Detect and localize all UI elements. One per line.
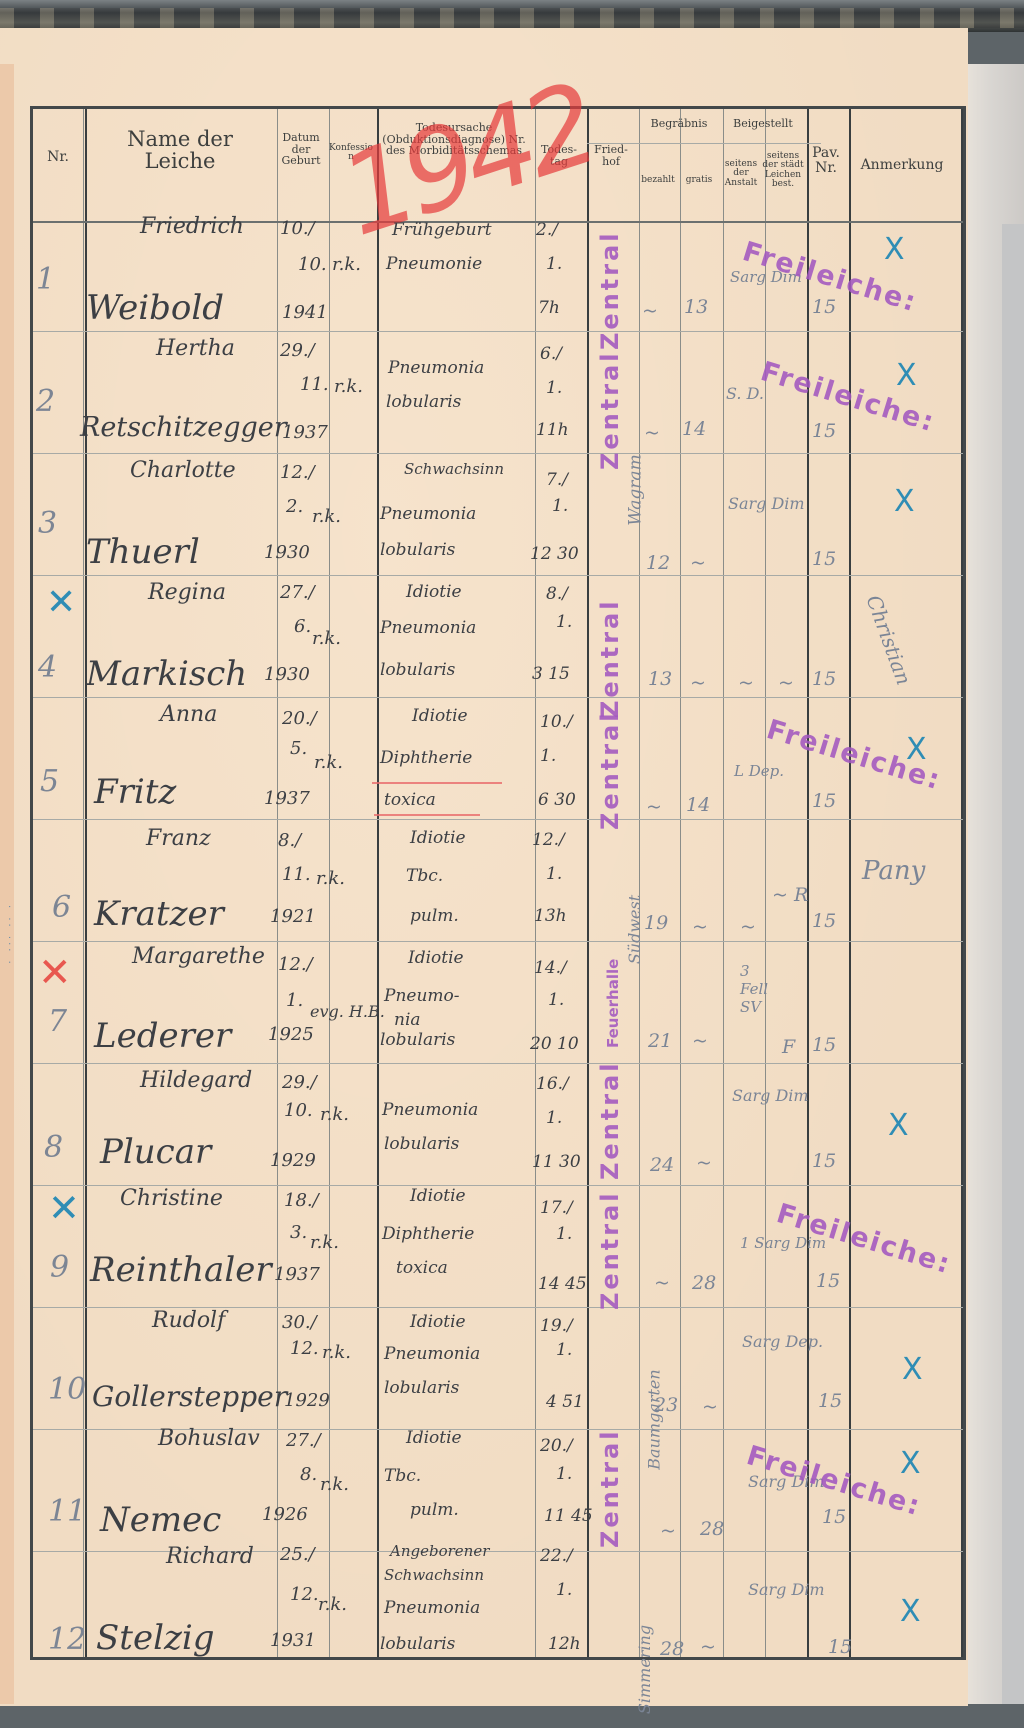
col-rule <box>723 109 724 1657</box>
death-day: 19./ <box>540 1316 573 1336</box>
birth-day: 18./ <box>284 1190 319 1211</box>
birth-year: 1926 <box>262 1504 308 1525</box>
cause-line: Pneumonia <box>380 504 476 524</box>
header-burial: Begräbnis <box>638 118 720 130</box>
birth-month: 6. <box>294 616 311 637</box>
margin-x-mark-red: ✕ <box>38 950 72 996</box>
death-time: 12 30 <box>530 544 579 564</box>
birth-day: 29./ <box>280 340 315 361</box>
col-rule <box>587 109 589 1657</box>
surname: Markisch <box>86 654 247 694</box>
konfession: r.k. <box>320 1474 349 1495</box>
death-time: 11h <box>536 420 569 440</box>
col-rule <box>680 109 681 1657</box>
death-month: 1. <box>546 378 562 398</box>
birth-year: 1929 <box>284 1390 330 1411</box>
surname: Lederer <box>94 1016 231 1056</box>
cause-line: Pneumonia <box>388 358 484 378</box>
konfession: r.k. <box>332 254 361 275</box>
margin-x-mark-blue: ✕ <box>46 582 76 623</box>
entry-number: 4 <box>38 650 57 685</box>
death-time: 6 30 <box>538 790 576 810</box>
zentral-stamp: Zentral <box>596 1061 624 1181</box>
birth-year: 1931 <box>270 1630 316 1651</box>
burial-paid: 24 <box>650 1154 674 1176</box>
row-rule <box>33 697 963 698</box>
surname: Fritz <box>94 772 176 812</box>
death-time: 11 45 <box>544 1506 593 1526</box>
pavilion-number: 15 <box>812 668 836 690</box>
burial-free: ~ <box>702 1396 718 1418</box>
entry-number: 9 <box>50 1250 69 1285</box>
remark-x-mark: X <box>900 1594 921 1629</box>
cause-line: Pneumonia <box>382 1100 478 1120</box>
birth-year: 1925 <box>268 1024 314 1045</box>
cause-line: Idiotie <box>410 1312 466 1332</box>
konfession: r.k. <box>316 868 345 889</box>
col-rule <box>639 109 640 1657</box>
death-day: 20./ <box>540 1436 573 1456</box>
first-name: Bohuslav <box>158 1426 260 1451</box>
left-margin <box>0 64 14 1704</box>
provided-by-institution: L Dep. <box>734 762 784 780</box>
entry-number: 10 <box>48 1372 86 1407</box>
zentral-stamp: Zentral <box>596 351 624 471</box>
provided-by-institution: Sarg Dim <box>748 1580 825 1599</box>
burial-paid: ~ <box>642 300 658 322</box>
cause-line: Schwachsinn <box>384 1566 484 1584</box>
cause-line: toxica <box>396 1258 448 1278</box>
col-rule <box>849 109 851 1657</box>
header-nr: Nr. <box>36 150 80 165</box>
cause-line: nia <box>394 1010 421 1030</box>
cause-line: Idiotie <box>406 1428 462 1448</box>
first-name: Christine <box>120 1186 223 1211</box>
konfession: r.k. <box>312 506 341 527</box>
birth-month: 10. <box>284 1100 313 1121</box>
provided-by-institution: S. D. <box>726 384 764 403</box>
cause-line: lobularis <box>380 1634 455 1654</box>
margin-pencil-marks: · ·· ··· · <box>4 905 14 1065</box>
death-time: 13h <box>534 906 567 926</box>
cause-line: Idiotie <box>410 828 466 848</box>
birth-year: 1937 <box>282 422 328 443</box>
provided-by-institution: ~ <box>740 916 756 938</box>
death-month: 1. <box>556 1464 572 1484</box>
zentral-stamp: Zentral <box>596 599 624 719</box>
cause-line: Pneumonie <box>386 254 482 274</box>
cemetery-handwritten: Simmering <box>635 1625 654 1714</box>
header-provided: Beigestellt <box>722 118 804 130</box>
cause-line: lobularis <box>386 392 461 412</box>
header-by-institution: seitens der Anstalt <box>720 160 762 188</box>
cause-line: Idiotie <box>406 582 462 602</box>
pavilion-number: 15 <box>812 420 836 442</box>
pavilion-number: 15 <box>818 1390 842 1412</box>
burial-free: 13 <box>684 296 708 318</box>
death-time: 11 30 <box>532 1152 581 1172</box>
death-month: 1. <box>546 254 562 274</box>
book-cover-edge <box>1002 224 1024 1704</box>
remark-x-mark: X <box>896 358 917 393</box>
burial-paid: ~ <box>660 1520 676 1542</box>
birth-month: 12. <box>290 1584 319 1605</box>
birth-day: 10./ <box>280 218 315 239</box>
cause-line: lobularis <box>384 1378 459 1398</box>
row-rule <box>33 575 963 576</box>
konfession: r.k. <box>310 1232 339 1253</box>
cause-line: pulm. <box>410 1500 459 1520</box>
birth-day: 29./ <box>282 1072 317 1093</box>
burial-paid: 23 <box>654 1394 678 1416</box>
row-rule <box>33 1063 963 1064</box>
entry-number: 3 <box>38 506 57 541</box>
burial-free: 14 <box>686 794 710 816</box>
death-month: 1. <box>556 1340 572 1360</box>
birth-month: 2. <box>286 496 303 517</box>
cemetery-handwritten: Wagram <box>626 454 646 525</box>
col-rule <box>377 109 379 1657</box>
entry-number: 6 <box>52 890 71 925</box>
col-rule <box>765 109 766 1657</box>
cause-line: Pneumonia <box>384 1598 480 1618</box>
death-day: 17./ <box>540 1198 573 1218</box>
death-day: 8./ <box>546 584 568 604</box>
death-month: 1. <box>556 1580 572 1600</box>
pavilion-number: 15 <box>828 1636 852 1658</box>
cause-line: lobularis <box>380 540 455 560</box>
pavilion-number: 15 <box>812 1150 836 1172</box>
pavilion-number: 15 <box>812 296 836 318</box>
burial-free: ~ <box>690 672 706 694</box>
death-day: 6./ <box>540 344 562 364</box>
remark-text: Pany <box>862 856 925 886</box>
surname: Thuerl <box>86 532 200 572</box>
header-birth-date: Datum der Geburt <box>276 132 326 167</box>
first-name: Richard <box>166 1544 254 1569</box>
birth-month: 11. <box>282 864 311 885</box>
header-by-city: seitens der städt Leichen best. <box>762 152 804 190</box>
cause-line: toxica <box>384 790 436 810</box>
death-time: 4 51 <box>546 1392 584 1412</box>
entry-number: 8 <box>44 1130 63 1165</box>
pavilion-number: 15 <box>812 790 836 812</box>
col-rule <box>961 109 963 1657</box>
surname: Gollerstepper <box>92 1380 287 1413</box>
death-time: 7h <box>538 298 560 318</box>
first-name: Hertha <box>156 336 235 361</box>
first-name: Charlotte <box>130 458 236 483</box>
birth-year: 1921 <box>270 906 316 927</box>
death-day: 7./ <box>546 470 568 490</box>
konfession: r.k. <box>312 628 341 649</box>
birth-day: 27./ <box>286 1430 321 1451</box>
death-time: 3 15 <box>532 664 570 684</box>
burial-paid: 19 <box>644 912 668 934</box>
birth-day: 8./ <box>278 830 301 851</box>
provided-by-institution: ~ <box>738 672 754 694</box>
feuerhalle-stamp: Feuerhalle <box>604 959 622 1048</box>
surname: Nemec <box>100 1500 221 1540</box>
birth-day: 27./ <box>280 582 315 603</box>
header-free: gratis <box>678 176 720 185</box>
birth-day: 20./ <box>282 708 317 729</box>
burial-paid: 21 <box>648 1030 672 1052</box>
first-name: Hildegard <box>140 1068 252 1093</box>
row-rule <box>33 941 963 942</box>
entry-number: 1 <box>36 262 55 297</box>
birth-year: 1930 <box>264 542 310 563</box>
death-month: 1. <box>540 746 556 766</box>
birth-month: 10. <box>298 254 327 275</box>
cemetery-handwritten: Baumgarten <box>645 1369 664 1469</box>
col-rule <box>85 109 87 1657</box>
col-rule <box>83 109 84 1657</box>
col-rule <box>807 109 809 1657</box>
provided-by-institution: 3 Fell SV <box>740 962 780 1016</box>
remark-x-mark: X <box>902 1352 923 1387</box>
provided-by-institution: Sarg Dep. <box>742 1332 823 1351</box>
provided-by-city: ~ R <box>772 884 808 906</box>
burial-free: 28 <box>700 1518 724 1540</box>
death-month: 1. <box>546 1108 562 1128</box>
row-rule <box>33 819 963 820</box>
birth-day: 12./ <box>278 954 313 975</box>
cause-line: Frühgeburt <box>392 220 492 240</box>
cause-line: Tbc. <box>384 1466 421 1486</box>
red-underline <box>374 814 480 816</box>
birth-month: 11. <box>300 374 329 395</box>
konfession: evg. H.B. <box>310 1002 385 1021</box>
cause-line: Idiotie <box>408 948 464 968</box>
cause-line: Diphtherie <box>380 748 472 768</box>
birth-month: 12. <box>290 1338 319 1359</box>
cause-line: Pneumonia <box>380 618 476 638</box>
burial-paid: 12 <box>646 552 670 574</box>
provided-by-city: ~ <box>778 672 794 694</box>
row-rule <box>33 453 963 454</box>
margin-x-mark-blue: ✕ <box>48 1186 80 1230</box>
first-name: Rudolf <box>152 1308 225 1333</box>
cause-line: Schwachsinn <box>404 460 504 478</box>
cause-line: Angeborener <box>390 1542 489 1560</box>
header-name: Name der Leiche <box>90 128 270 172</box>
burial-free: 28 <box>692 1272 716 1294</box>
birth-month: 8. <box>300 1464 317 1485</box>
death-time: 12h <box>548 1634 581 1654</box>
birth-year: 1937 <box>274 1264 320 1285</box>
cause-line: Pneumo- <box>384 986 460 1006</box>
birth-day: 25./ <box>280 1544 315 1565</box>
cause-line: Idiotie <box>410 1186 466 1206</box>
birth-year: 1941 <box>282 302 328 323</box>
first-name: Friedrich <box>140 214 244 239</box>
surname: Plucar <box>100 1132 211 1172</box>
zentral-stamp: Zentral <box>596 1191 624 1311</box>
cemetery-handwritten: Südwest <box>625 895 644 964</box>
pavilion-number: 15 <box>816 1270 840 1292</box>
burial-paid: ~ <box>644 422 660 444</box>
pavilion-number: 15 <box>812 548 836 570</box>
surname: Kratzer <box>94 894 224 934</box>
surname: Weibold <box>86 288 224 328</box>
provided-by-institution: Sarg Dim <box>728 494 805 513</box>
burial-free: ~ <box>692 1030 708 1052</box>
pavilion-number: 15 <box>812 910 836 932</box>
cause-line: lobularis <box>384 1134 459 1154</box>
remark-x-mark: X <box>884 232 905 267</box>
death-day: 14./ <box>534 958 567 978</box>
red-underline <box>372 782 502 784</box>
pavilion-number: 15 <box>822 1506 846 1528</box>
birth-month: 1. <box>286 990 303 1011</box>
col-rule <box>535 109 536 1657</box>
cause-line: Tbc. <box>406 866 443 886</box>
burial-paid: 28 <box>660 1638 684 1660</box>
birth-day: 30./ <box>282 1312 317 1333</box>
zentral-stamp: Zentral <box>596 231 624 351</box>
burial-paid: ~ <box>646 796 662 818</box>
entry-number: 2 <box>36 384 55 419</box>
birth-year: 1930 <box>264 664 310 685</box>
birth-day: 12./ <box>280 462 315 483</box>
header-pavilion: Pav. Nr. <box>806 146 846 175</box>
provided-by-city: F <box>782 1036 795 1058</box>
entry-number: 5 <box>40 764 59 799</box>
death-day: 12./ <box>532 830 565 850</box>
birth-year: 1937 <box>264 788 310 809</box>
konfession: r.k. <box>320 1104 349 1125</box>
burial-paid: ~ <box>654 1272 670 1294</box>
konfession: r.k. <box>318 1594 347 1615</box>
death-time: 14 45 <box>538 1274 587 1294</box>
burial-free: ~ <box>696 1152 712 1174</box>
surname: Reinthaler <box>90 1250 272 1290</box>
death-day: 2./ <box>536 220 558 240</box>
birth-month: 5. <box>290 738 307 759</box>
col-rule <box>277 109 278 1657</box>
header-remarks: Anmerkung <box>848 158 956 173</box>
remark-x-mark: X <box>888 1108 909 1143</box>
death-day: 22./ <box>540 1546 573 1566</box>
konfession: r.k. <box>334 376 363 397</box>
cause-line: lobularis <box>380 660 455 680</box>
row-rule <box>33 331 963 332</box>
first-name: Anna <box>160 702 217 727</box>
zentral-stamp: Zentral <box>596 1429 624 1549</box>
cause-line: Pneumonia <box>384 1344 480 1364</box>
birth-month: 3. <box>290 1222 307 1243</box>
death-day: 10./ <box>540 712 573 732</box>
zentral-stamp: Zentral <box>596 711 624 831</box>
death-month: 1. <box>556 1224 572 1244</box>
surname: Stelzig <box>96 1618 215 1658</box>
burial-free: ~ <box>690 552 706 574</box>
death-day: 16./ <box>536 1074 569 1094</box>
header-paid: bezahlt <box>638 176 678 185</box>
remark-x-mark: X <box>900 1446 921 1481</box>
burial-paid: 13 <box>648 668 672 690</box>
birth-year: 1929 <box>270 1150 316 1171</box>
death-month: 1. <box>556 612 572 632</box>
cause-line: Idiotie <box>412 706 468 726</box>
first-name: Franz <box>146 826 211 851</box>
cause-line: Diphtherie <box>382 1224 474 1244</box>
cause-line: lobularis <box>380 1030 455 1050</box>
death-month: 1. <box>546 864 562 884</box>
surname: Retschitzegger <box>80 412 287 443</box>
entry-number: 7 <box>48 1004 67 1039</box>
cause-line: pulm. <box>410 906 459 926</box>
death-time: 20 10 <box>530 1034 579 1054</box>
konfession: r.k. <box>322 1342 351 1363</box>
death-month: 1. <box>552 496 568 516</box>
first-name: Regina <box>148 580 226 605</box>
konfession: r.k. <box>314 752 343 773</box>
first-name: Margarethe <box>132 944 265 969</box>
burial-free: 14 <box>682 418 706 440</box>
pavilion-number: 15 <box>812 1034 836 1056</box>
burial-free: ~ <box>692 916 708 938</box>
death-month: 1. <box>548 990 564 1010</box>
entry-number: 11 <box>48 1494 86 1529</box>
burial-free: ~ <box>700 1636 716 1658</box>
remark-x-mark: X <box>894 484 915 519</box>
entry-number: 12 <box>48 1622 86 1657</box>
provided-by-institution: Sarg Dim <box>732 1086 809 1105</box>
